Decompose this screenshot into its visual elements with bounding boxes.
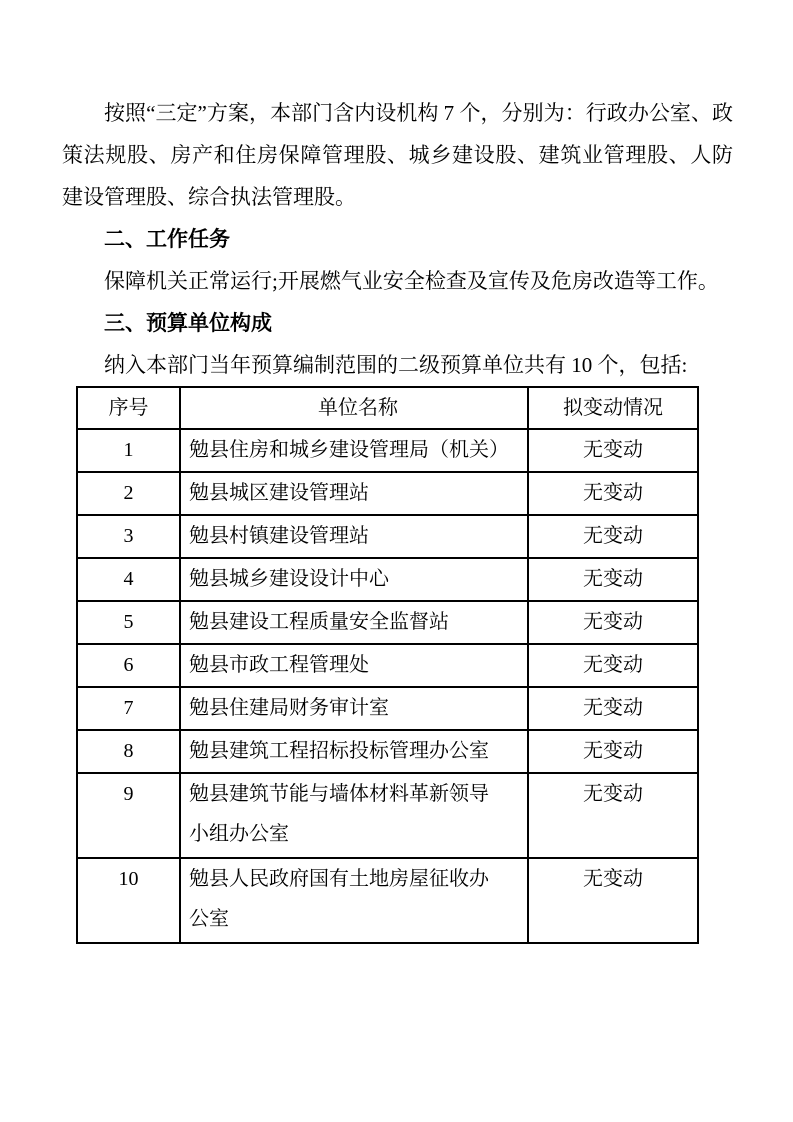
document-content: 按照“三定”方案，本部门含内设机构 7 个，分别为：行政办公室、政策法规股、房产… <box>0 0 793 944</box>
row-unit-name-cell: 勉县建设工程质量安全监督站 <box>180 601 528 644</box>
table-row: 9 勉县建筑节能与墙体材料革新领导 小组办公室 无变动 <box>77 773 698 858</box>
row-index-cell: 8 <box>77 730 180 773</box>
col-header-index: 序号 <box>77 387 180 429</box>
table-row: 2 勉县城区建设管理站 无变动 <box>77 472 698 515</box>
row-unit-name-cell: 勉县市政工程管理处 <box>180 644 528 687</box>
row-index-cell: 1 <box>77 429 180 472</box>
row-index-cell: 5 <box>77 601 180 644</box>
budget-units-table: 序号 单位名称 拟变动情况 1 勉县住房和城乡建设管理局（机关） 无变动 2 勉… <box>76 386 699 944</box>
row-change-status-cell: 无变动 <box>528 687 698 730</box>
heading-budget-units: 三、预算单位构成 <box>62 302 733 344</box>
budget-units-table-head: 序号 单位名称 拟变动情况 <box>77 387 698 429</box>
row-change-status-cell: 无变动 <box>528 644 698 687</box>
row-change-status-cell: 无变动 <box>528 858 698 943</box>
row-index-cell: 10 <box>77 858 180 943</box>
col-header-change-status: 拟变动情况 <box>528 387 698 429</box>
budget-units-table-body: 1 勉县住房和城乡建设管理局（机关） 无变动 2 勉县城区建设管理站 无变动 3… <box>77 429 698 943</box>
row-change-status-cell: 无变动 <box>528 558 698 601</box>
row-change-status-cell: 无变动 <box>528 601 698 644</box>
col-header-unit-name: 单位名称 <box>180 387 528 429</box>
row-index-cell: 3 <box>77 515 180 558</box>
row-index-cell: 6 <box>77 644 180 687</box>
row-change-status-cell: 无变动 <box>528 773 698 858</box>
heading-work-tasks: 二、工作任务 <box>62 218 733 260</box>
table-row: 7 勉县住建局财务审计室 无变动 <box>77 687 698 730</box>
table-row: 5 勉县建设工程质量安全监督站 无变动 <box>77 601 698 644</box>
row-change-status-cell: 无变动 <box>528 515 698 558</box>
row-change-status-cell: 无变动 <box>528 730 698 773</box>
table-row: 10 勉县人民政府国有土地房屋征收办 公室 无变动 <box>77 858 698 943</box>
table-row: 1 勉县住房和城乡建设管理局（机关） 无变动 <box>77 429 698 472</box>
document-page: 按照“三定”方案，本部门含内设机构 7 个，分别为：行政办公室、政策法规股、房产… <box>0 0 793 1122</box>
row-unit-name-cell: 勉县住建局财务审计室 <box>180 687 528 730</box>
row-change-status-cell: 无变动 <box>528 429 698 472</box>
row-unit-name-cell: 勉县住房和城乡建设管理局（机关） <box>180 429 528 472</box>
row-unit-name-cell: 勉县建筑工程招标投标管理办公室 <box>180 730 528 773</box>
table-row: 4 勉县城乡建设设计中心 无变动 <box>77 558 698 601</box>
paragraph-budget-intro: 纳入本部门当年预算编制范围的二级预算单位共有 10 个，包括: <box>62 344 733 386</box>
row-index-cell: 2 <box>77 472 180 515</box>
paragraph-work-tasks: 保障机关正常运行;开展燃气业安全检查及宣传及危房改造等工作。 <box>62 260 733 302</box>
table-row: 3 勉县村镇建设管理站 无变动 <box>77 515 698 558</box>
row-index-cell: 7 <box>77 687 180 730</box>
row-unit-name-cell: 勉县村镇建设管理站 <box>180 515 528 558</box>
paragraph-internal-org: 按照“三定”方案，本部门含内设机构 7 个，分别为：行政办公室、政策法规股、房产… <box>62 92 733 218</box>
table-row: 6 勉县市政工程管理处 无变动 <box>77 644 698 687</box>
row-unit-name-cell: 勉县城区建设管理站 <box>180 472 528 515</box>
row-unit-name-cell: 勉县城乡建设设计中心 <box>180 558 528 601</box>
row-index-cell: 9 <box>77 773 180 858</box>
row-unit-name-cell: 勉县建筑节能与墙体材料革新领导 小组办公室 <box>180 773 528 858</box>
row-index-cell: 4 <box>77 558 180 601</box>
row-change-status-cell: 无变动 <box>528 472 698 515</box>
header-row: 序号 单位名称 拟变动情况 <box>77 387 698 429</box>
row-unit-name-cell: 勉县人民政府国有土地房屋征收办 公室 <box>180 858 528 943</box>
table-row: 8 勉县建筑工程招标投标管理办公室 无变动 <box>77 730 698 773</box>
